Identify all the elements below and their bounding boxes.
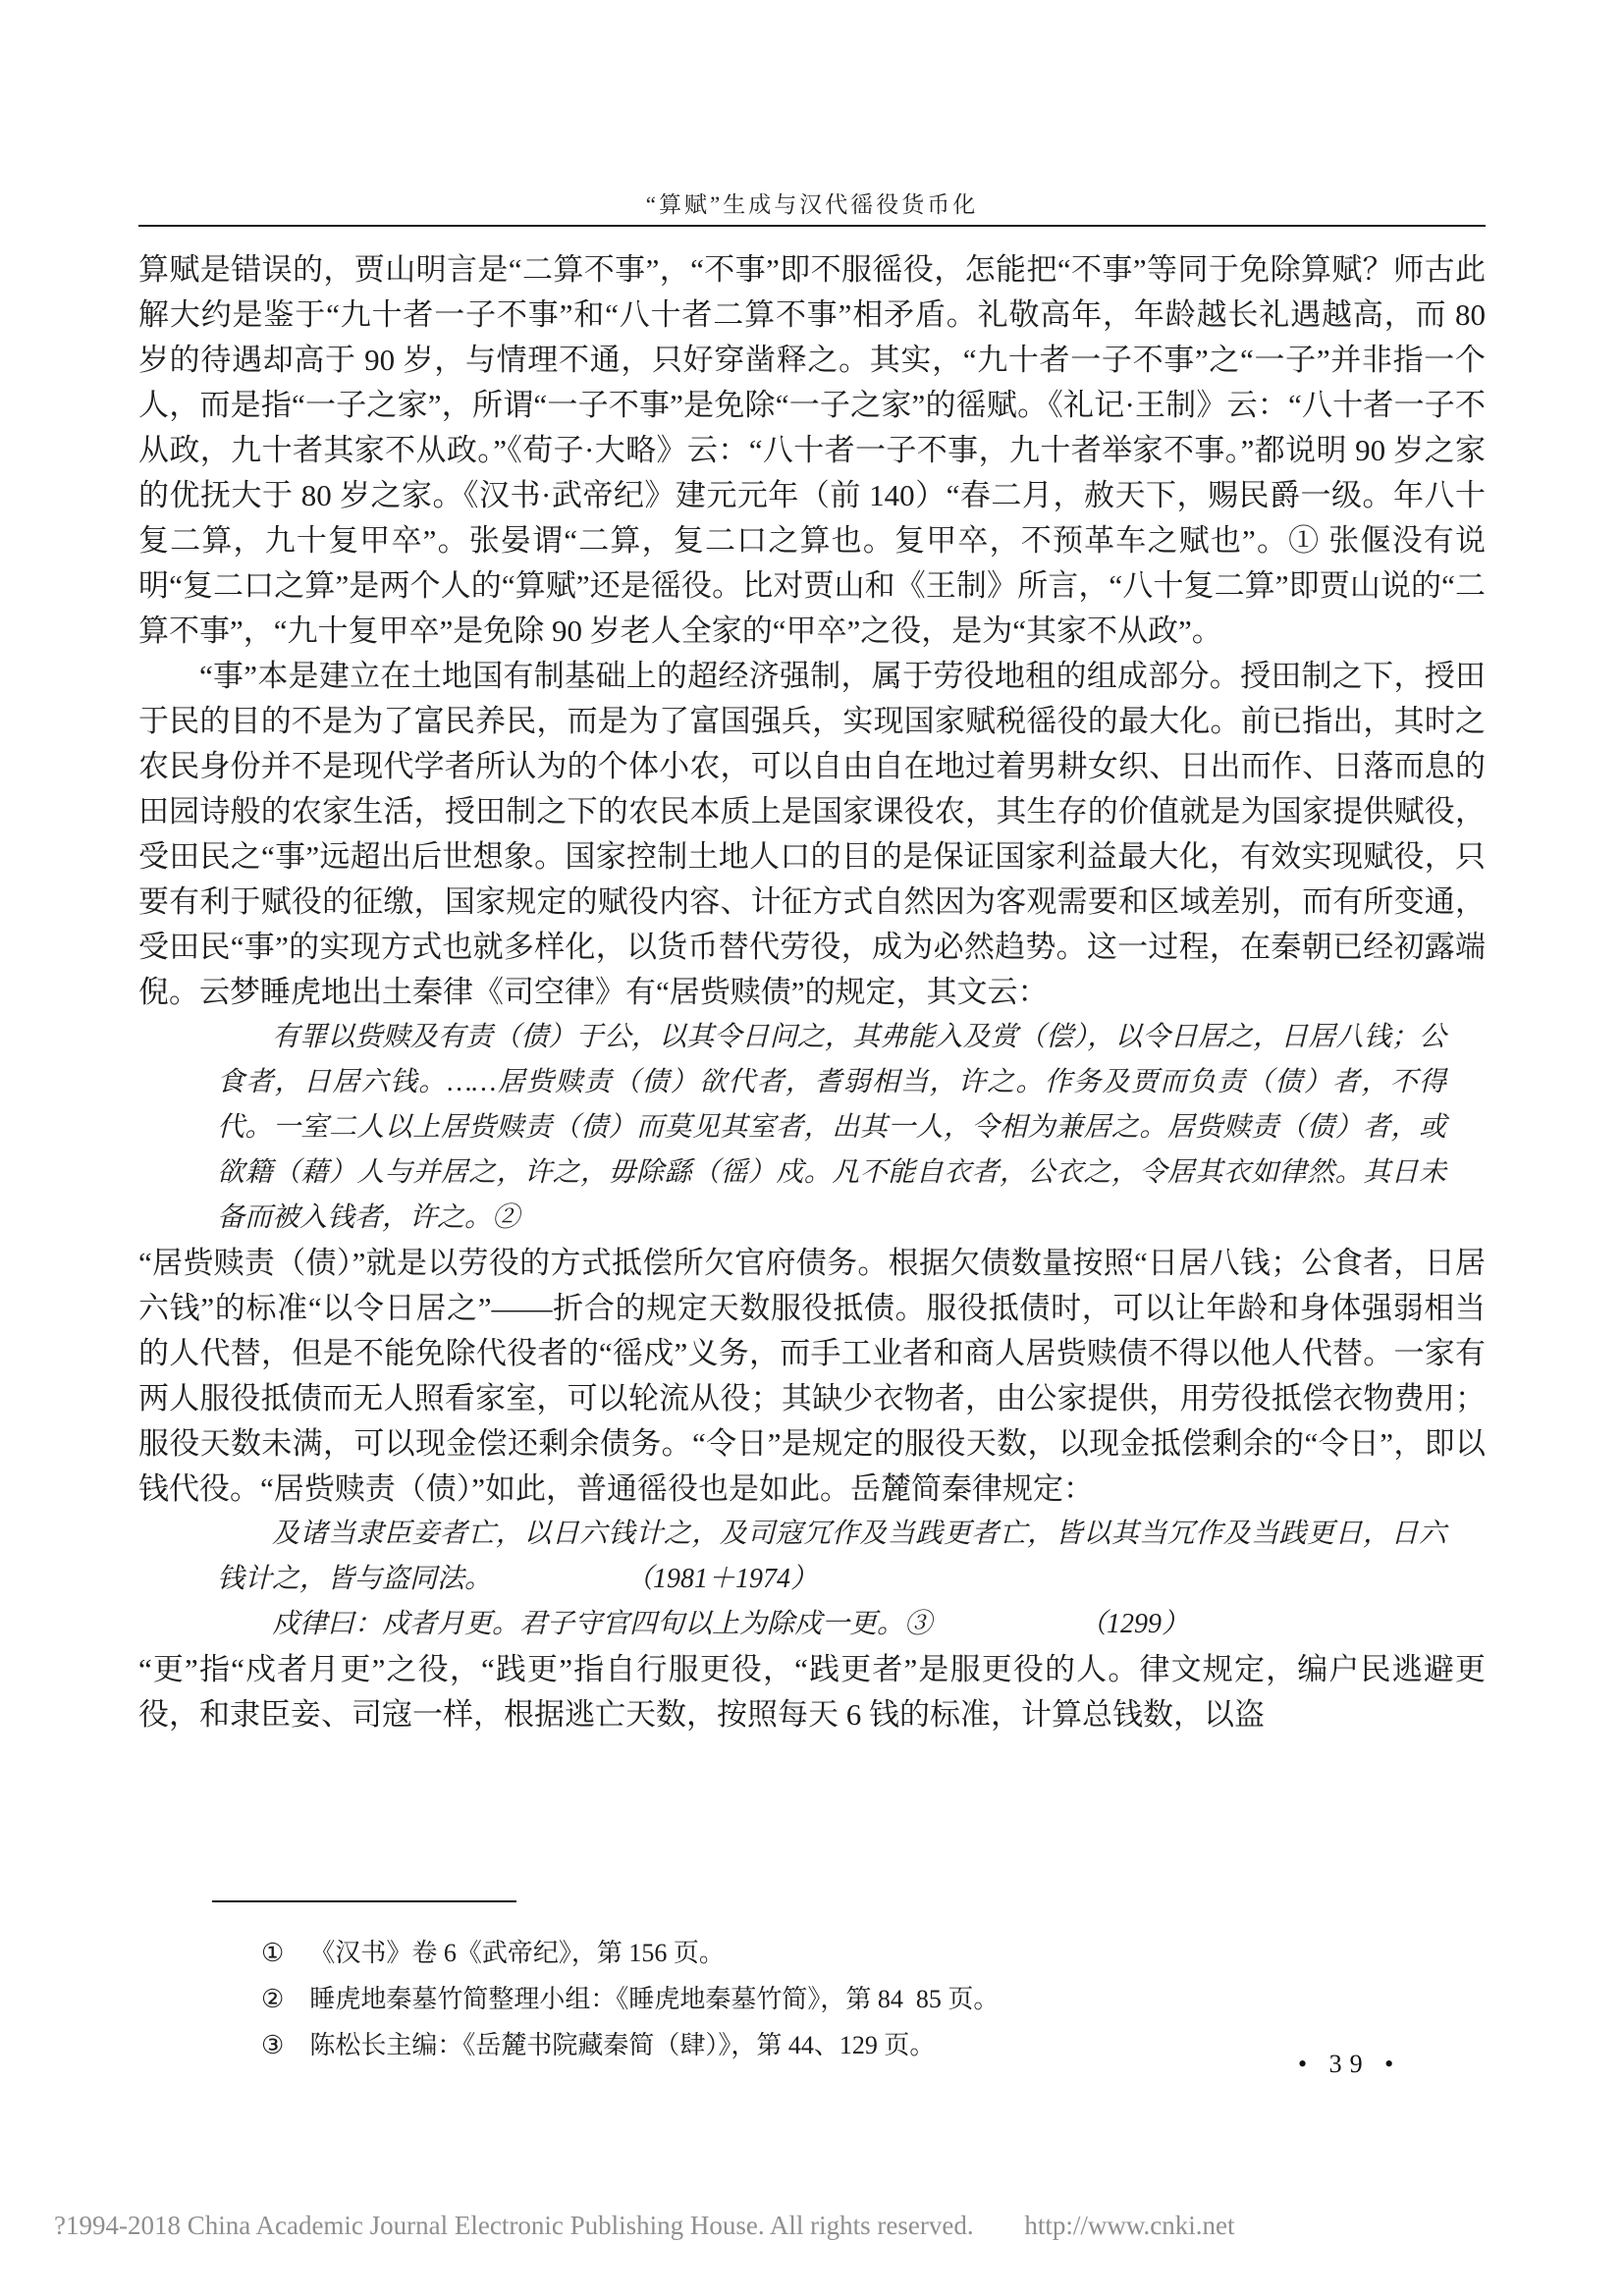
- page-number: • 39 •: [1298, 2050, 1401, 2079]
- document-page: “算赋”生成与汉代徭役货币化 算赋是错误的，贾山明言是“二算不事”，“不事”即不…: [0, 0, 1624, 2296]
- paragraph-text: “事”本是建立在土地国有制基础上的超经济强制，属于劳役地租的组成部分。授田制之下…: [138, 659, 1486, 1009]
- running-head-title: “算赋”生成与汉代徭役货币化: [0, 187, 1624, 219]
- footnote-item: ②睡虎地秦墓竹简整理小组：《睡虎地秦墓竹简》，第 84 85 页。: [261, 1976, 1486, 2022]
- footnote-text: 《汉书》卷 6《武帝纪》，第 156 页。: [309, 1939, 725, 1967]
- footnote-item: ①《汉书》卷 6《武帝纪》，第 156 页。: [261, 1930, 1486, 1976]
- footnote-list: ①《汉书》卷 6《武帝纪》，第 156 页。②睡虎地秦墓竹简整理小组：《睡虎地秦…: [138, 1930, 1486, 2068]
- quote-source-ref: （1981＋1974）: [639, 1564, 818, 1594]
- footnote-text: 陈松长主编：《岳麓书院藏秦简（肆）》，第 44、129 页。: [309, 2031, 935, 2059]
- quote-source-ref: （1299）: [1079, 1609, 1189, 1639]
- paragraph-text: “更”指“戍者月更”之役，“践更”指自行服更役，“践更者”是服更役的人。律文规定…: [138, 1652, 1486, 1732]
- article-body: 算赋是错误的，贾山明言是“二算不事”，“不事”即不服徭役，怎能把“不事”等同于免…: [138, 247, 1486, 1737]
- block-quote: 戍律曰：戍者月更。君子守官四旬以上为除戍一更。③（1299）: [217, 1602, 1446, 1647]
- header-divider: [138, 225, 1486, 227]
- paragraph-text: “居赀赎责（债）”就是以劳役的方式抵偿所欠官府债务。根据欠债数量按照“日居八钱；…: [138, 1246, 1486, 1506]
- paragraph-text: 有罪以赀赎及有责（债）于公，以其令日问之，其弗能入及赏（偿），以令日居之，日居八…: [217, 1022, 1446, 1233]
- body-paragraph: “居赀赎责（债）”就是以劳役的方式抵偿所欠官府债务。根据欠债数量按照“日居八钱；…: [138, 1241, 1486, 1512]
- paragraph-text: 算赋是错误的，贾山明言是“二算不事”，“不事”即不服徭役，怎能把“不事”等同于免…: [138, 252, 1486, 648]
- footnote-divider: [212, 1900, 516, 1902]
- copyright-banner: ?1994-2018 China Academic Journal Electr…: [54, 2211, 1235, 2241]
- paragraph-text: 及诸当隶臣妾者亡，以日六钱计之，及司寇冗作及当践更者亡，皆以其当冗作及当践更日，…: [217, 1519, 1446, 1594]
- footnote-marker: ①: [261, 1939, 284, 1967]
- cnki-url: http://www.cnki.net: [1024, 2211, 1234, 2240]
- footnote-marker: ③: [261, 2031, 284, 2059]
- body-paragraph: “更”指“戍者月更”之役，“践更”指自行服更役，“践更者”是服更役的人。律文规定…: [138, 1647, 1486, 1737]
- copyright-text: ?1994-2018 China Academic Journal Electr…: [54, 2211, 974, 2240]
- body-paragraph: “事”本是建立在土地国有制基础上的超经济强制，属于劳役地租的组成部分。授田制之下…: [138, 654, 1486, 1015]
- paragraph-text: 戍律曰：戍者月更。君子守官四旬以上为除戍一更。③: [272, 1609, 932, 1639]
- footnote-text: 睡虎地秦墓竹简整理小组：《睡虎地秦墓竹简》，第 84 85 页。: [309, 1985, 999, 2013]
- footnote-marker: ②: [261, 1985, 284, 2013]
- block-quote: 及诸当隶臣妾者亡，以日六钱计之，及司寇冗作及当践更者亡，皆以其当冗作及当践更日，…: [217, 1512, 1446, 1602]
- body-paragraph: 算赋是错误的，贾山明言是“二算不事”，“不事”即不服徭役，怎能把“不事”等同于免…: [138, 247, 1486, 654]
- block-quote: 有罪以赀赎及有责（债）于公，以其令日问之，其弗能入及赏（偿），以令日居之，日居八…: [217, 1015, 1446, 1241]
